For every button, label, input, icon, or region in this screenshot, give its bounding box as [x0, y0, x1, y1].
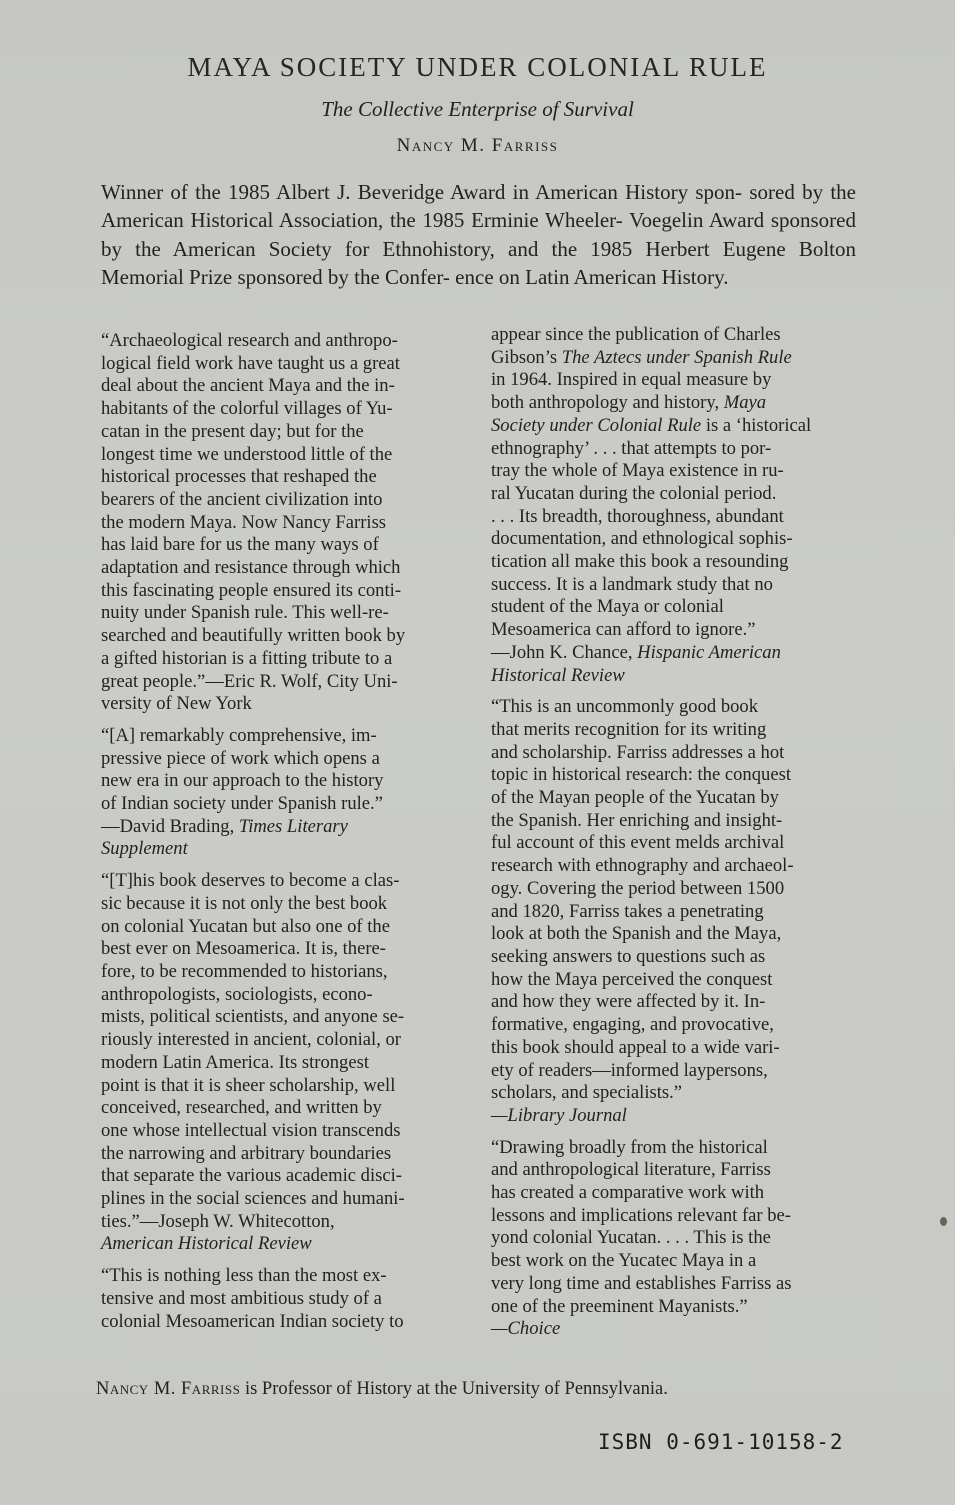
- text-line: plines in the social sciences and humani…: [101, 1188, 457, 1211]
- quote-attribution: —David Brading, Times Literary: [101, 816, 457, 839]
- text-line: tication all make this book a resounding: [491, 551, 851, 574]
- quote-source: Historical Review: [491, 665, 851, 688]
- text-line: lessons and implications relevant far be…: [491, 1205, 851, 1228]
- text-line: Mesoamerica can afford to ignore.”: [491, 619, 851, 642]
- quote-body: “[T]his book deserves to become a clas-s…: [101, 870, 457, 1233]
- book-subtitle: The Collective Enterprise of Survival: [0, 97, 955, 122]
- text-line: topic in historical research: the conque…: [491, 764, 851, 787]
- quote-whitecotton: “[T]his book deserves to become a clas-s…: [101, 870, 457, 1256]
- text-line: searched and beautifully written book by: [101, 625, 457, 648]
- text-line: great people.”—Eric R. Wolf, City Uni-: [101, 671, 457, 694]
- text-line: new era in our approach to the history: [101, 770, 457, 793]
- text-line: “This is nothing less than the most ex-: [101, 1265, 457, 1288]
- text-line: logical field work have taught us a grea…: [101, 353, 457, 376]
- text-line: bearers of the ancient civilization into: [101, 489, 457, 512]
- text-line: catan in the present day; but for the: [101, 421, 457, 444]
- text-line: nuity under Spanish rule. This well-re-: [101, 602, 457, 625]
- text-line: very long time and establishes Farriss a…: [491, 1273, 851, 1296]
- text-line: research with ethnography and archaeol-: [491, 855, 851, 878]
- text-line: anthropologists, sociologists, econo-: [101, 984, 457, 1007]
- text-line: mists, political scientists, and anyone …: [101, 1006, 457, 1029]
- text-line: riously interested in ancient, colonial,…: [101, 1029, 457, 1052]
- text-line: that separate the various academic disci…: [101, 1165, 457, 1188]
- text-line: best work on the Yucatec Maya in a: [491, 1250, 851, 1273]
- text-line: one of the preeminent Mayanists.”: [491, 1296, 851, 1319]
- bio-text: is Professor of History at the Universit…: [240, 1379, 668, 1399]
- text-line: that merits recognition for its writing: [491, 719, 851, 742]
- text-line: conceived, researched, and written by: [101, 1097, 457, 1120]
- text-line: versity of New York: [101, 693, 457, 716]
- text-line: one whose intellectual vision transcends: [101, 1120, 457, 1143]
- quote-source: American Historical Review: [101, 1233, 457, 1256]
- quote-source: —Choice: [491, 1318, 851, 1341]
- quote-library-journal: “This is an uncommonly good bookthat mer…: [491, 696, 851, 1127]
- awards-line: Winner of the 1985 Albert J. Beveridge A…: [101, 180, 742, 204]
- text-line: habitants of the colorful villages of Yu…: [101, 398, 457, 421]
- text-line: seeking answers to questions such as: [491, 946, 851, 969]
- awards-paragraph: Winner of the 1985 Albert J. Beveridge A…: [101, 178, 856, 291]
- text-line: documentation, and ethnological sophis-: [491, 528, 851, 551]
- quote-attribution: —John K. Chance, Hispanic American: [491, 642, 851, 665]
- text-line: this fascinating people ensured its cont…: [101, 580, 457, 603]
- text-line: this book should appeal to a wide vari-: [491, 1037, 851, 1060]
- book-title: MAYA SOCIETY UNDER COLONIAL RULE: [0, 52, 955, 83]
- text-line: point is that it is sheer scholarship, w…: [101, 1075, 457, 1098]
- text-line: and how they were affected by it. In-: [491, 991, 851, 1014]
- text-line: fore, to be recommended to historians,: [101, 961, 457, 984]
- right-column: appear since the publication of Charles …: [491, 324, 851, 1350]
- text-line: success. It is a landmark study that no: [491, 574, 851, 597]
- text-line: tensive and most ambitious study of a: [101, 1288, 457, 1311]
- isbn: ISBN 0-691-10158-2: [598, 1430, 844, 1454]
- book-author: Nancy M. Farriss: [0, 135, 955, 157]
- text-line: ety of readers—informed laypersons,: [491, 1060, 851, 1083]
- text-line: the modern Maya. Now Nancy Farriss: [101, 512, 457, 535]
- text-line: ties.”—Joseph W. Whitecotton,: [101, 1211, 457, 1234]
- left-column: “Archaeological research and anthropo-lo…: [101, 330, 457, 1342]
- text-line: ral Yucatan during the colonial period.: [491, 483, 851, 506]
- text-line: of the Mayan people of the Yucatan by: [491, 787, 851, 810]
- quote-wolf: “Archaeological research and anthropo-lo…: [101, 330, 457, 716]
- text-line: “[A] remarkably comprehensive, im-: [101, 725, 457, 748]
- text-line: student of the Maya or colonial: [491, 596, 851, 619]
- text-line: best ever on Mesoamerica. It is, there-: [101, 938, 457, 961]
- text-line: “Archaeological research and anthropo-: [101, 330, 457, 353]
- text-line: has laid bare for us the many ways of: [101, 534, 457, 557]
- quote-body: “This is an uncommonly good bookthat mer…: [491, 696, 851, 1105]
- text-line: ful account of this event melds archival: [491, 832, 851, 855]
- quote-source: Supplement: [101, 838, 457, 861]
- text-line: historical processes that reshaped the: [101, 466, 457, 489]
- text-line: “[T]his book deserves to become a clas-: [101, 870, 457, 893]
- text-line: yond colonial Yucatan. . . . This is the: [491, 1227, 851, 1250]
- text-line: and anthropological literature, Farriss: [491, 1159, 851, 1182]
- text-line: adaptation and resistance through which: [101, 557, 457, 580]
- text-line: “This is an uncommonly good book: [491, 696, 851, 719]
- text-line: and 1820, Farriss takes a penetrating: [491, 901, 851, 924]
- text-line: “Drawing broadly from the historical: [491, 1137, 851, 1160]
- text-line: and scholarship. Farriss addresses a hot: [491, 742, 851, 765]
- text-line: formative, engaging, and provocative,: [491, 1014, 851, 1037]
- paper-speck: [940, 1217, 947, 1226]
- text-line: . . . Its breadth, thoroughness, abundan…: [491, 506, 851, 529]
- text-line: the Spanish. Her enriching and insight-: [491, 810, 851, 833]
- quote-source: —Library Journal: [491, 1105, 851, 1128]
- quote-body: “[A] remarkably comprehensive, im-pressi…: [101, 725, 457, 816]
- text-line: the narrowing and arbitrary boundaries: [101, 1143, 457, 1166]
- text-line: has created a comparative work with: [491, 1182, 851, 1205]
- text-line: deal about the ancient Maya and the in-: [101, 375, 457, 398]
- quote-brading: “[A] remarkably comprehensive, im-pressi…: [101, 725, 457, 861]
- text-line: look at both the Spanish and the Maya,: [491, 923, 851, 946]
- text-line: longest time we understood little of the: [101, 444, 457, 467]
- text-line: how the Maya perceived the conquest: [491, 969, 851, 992]
- text-line: colonial Mesoamerican Indian society to: [101, 1311, 457, 1334]
- quote-choice: “Drawing broadly from the historicaland …: [491, 1137, 851, 1341]
- text-line: ethnography’ . . . that attempts to por-: [491, 438, 851, 461]
- text-line: of Indian society under Spanish rule.”: [101, 793, 457, 816]
- bio-author-name: Nancy M. Farriss: [96, 1379, 240, 1399]
- quote-chance-start: “This is nothing less than the most ex-t…: [101, 1265, 457, 1333]
- text-line: modern Latin America. Its strongest: [101, 1052, 457, 1075]
- text-line: ogy. Covering the period between 1500: [491, 878, 851, 901]
- author-bio: Nancy M. Farriss is Professor of History…: [96, 1379, 856, 1400]
- text-line: a gifted historian is a fitting tribute …: [101, 648, 457, 671]
- text-line: on colonial Yucatan but also one of the: [101, 916, 457, 939]
- quote-body: “Drawing broadly from the historicaland …: [491, 1137, 851, 1319]
- text-line: pressive piece of work which opens a: [101, 748, 457, 771]
- text-line: scholars, and specialists.”: [491, 1082, 851, 1105]
- awards-line: ence on Latin American History.: [455, 265, 728, 289]
- text-line: sic because it is not only the best book: [101, 893, 457, 916]
- quote-chance-continued: appear since the publication of Charles …: [491, 324, 851, 687]
- text-line: tray the whole of Maya existence in ru-: [491, 460, 851, 483]
